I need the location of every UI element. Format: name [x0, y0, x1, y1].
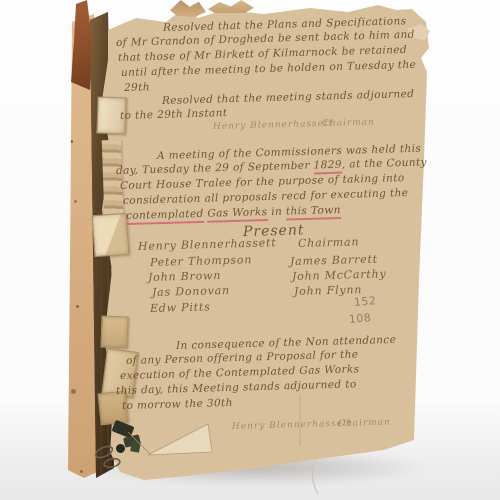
- chairman-signature-title: Chairman: [338, 418, 391, 429]
- red-underlined-date: 1829: [313, 159, 342, 175]
- red-underlined-text: Gas Works: [207, 206, 268, 223]
- attendee-name: Peter Thompson: [150, 253, 252, 269]
- handwritten-line: Resolved that the meeting stands adjourn…: [162, 88, 415, 107]
- handwritten-line: In consequence of the Non attendance: [176, 334, 397, 352]
- pencil-number: 152: [353, 294, 376, 309]
- attendee-name: John McCarthy: [292, 267, 387, 283]
- text-segment: day, Tuesday the 29 of September: [116, 159, 314, 177]
- chairman-signature: Henry Blennerhassett: [232, 419, 352, 432]
- text-segment: , at the County: [342, 156, 427, 170]
- red-underlined-text: contemplated: [126, 208, 204, 225]
- chairman-signature: Henry Blennerhassett: [213, 119, 333, 132]
- text-segment: in: [271, 206, 282, 218]
- attendee-name: James Barrett: [290, 253, 378, 268]
- red-underlined-text: this Town: [286, 204, 341, 221]
- attendee-name: John Flynn: [294, 283, 363, 298]
- attendee-chairman-name: Henry Blennerhassett: [138, 236, 277, 253]
- handwritten-text-layer: Resolved that the Plans and Specificatio…: [0, 0, 500, 500]
- pencil-number: 108: [348, 311, 371, 326]
- handwritten-line: to morrow the 30th: [122, 397, 233, 412]
- photo-antique-minute-book: Resolved that the Plans and Specificatio…: [0, 0, 500, 500]
- handwritten-line: contemplated Gas Works in this Town: [126, 204, 341, 222]
- attendee-name: Edw Pitts: [150, 300, 211, 315]
- chairman-signature-title: Chairman: [322, 118, 375, 129]
- attendee-name: Jas Donovan: [152, 284, 230, 299]
- handwritten-line: 29th: [124, 81, 150, 94]
- attendee-name: John Brown: [148, 269, 222, 284]
- handwritten-line: to the 29th Instant: [120, 107, 228, 122]
- attendee-chairman-title: Chairman: [298, 235, 360, 250]
